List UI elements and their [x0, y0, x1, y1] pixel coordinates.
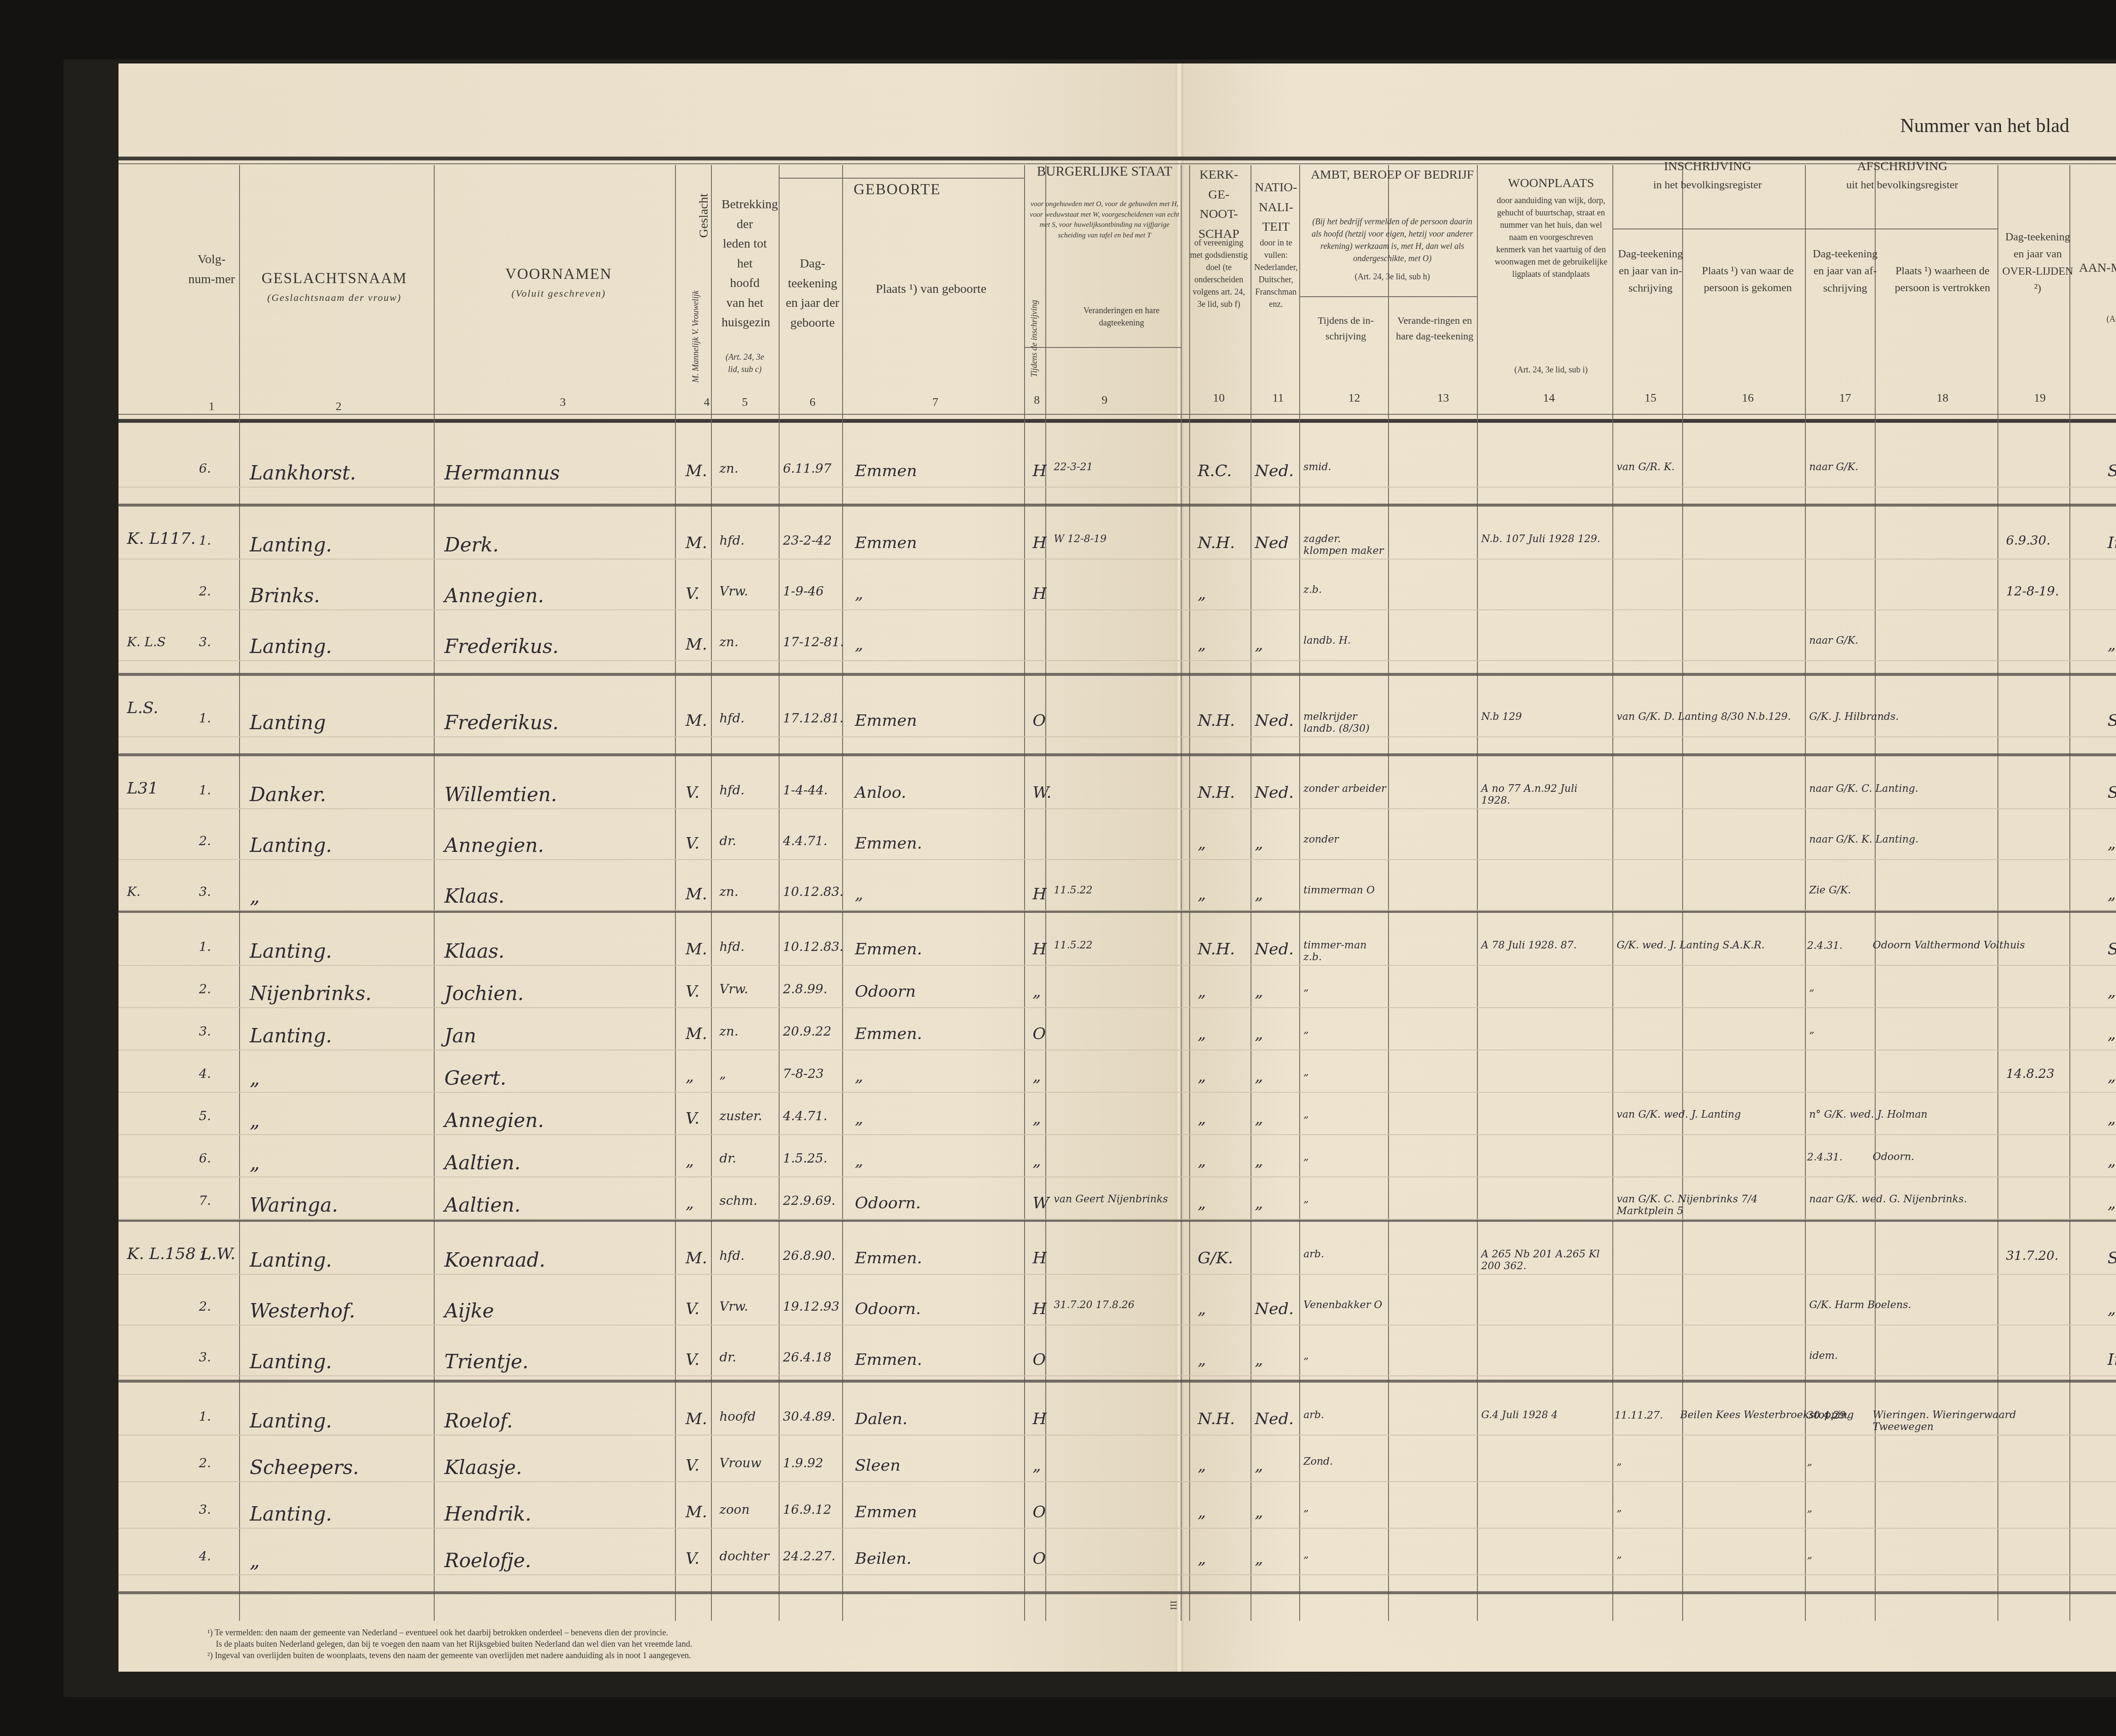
ruled-line	[118, 1092, 2116, 1093]
cell-nr: 2.	[199, 1456, 211, 1471]
cell-surname: Scheepers.	[250, 1456, 359, 1479]
cell-church: N.H.	[1198, 533, 1235, 552]
cell-in-from: van G/K. D. Lanting 8/30 N.b.129.	[1617, 711, 1803, 723]
cell-surname: Lanting.	[250, 1350, 332, 1373]
cell-sex: M.	[686, 461, 707, 480]
cell-rel: hfd.	[719, 533, 744, 548]
geboorte-group-header: GEBOORTE	[783, 178, 1011, 201]
col-num-15: 15	[1638, 391, 1663, 405]
cell-residence: N.b 129	[1481, 711, 1604, 723]
cell-out-date: „	[1807, 1502, 1812, 1514]
cell-sex: V.	[686, 1109, 700, 1127]
cell-nr: 7.	[199, 1193, 211, 1208]
cell-out-to: naar G/K.	[1809, 635, 1995, 647]
cell-surname: „	[250, 1151, 260, 1174]
cell-given: Aijke	[444, 1299, 494, 1322]
cell-notes: „	[2108, 1024, 2116, 1043]
ruled-line	[118, 660, 2116, 661]
cell-out-to: G/K. J. Hilbrands.	[1809, 711, 1995, 723]
cell-place: „	[855, 1109, 863, 1127]
col2-header: GESLACHTSNAAM (Geslachtsnaam der vrouw)	[241, 267, 427, 306]
col3-title: VOORNAMEN	[440, 262, 677, 286]
cell-civil: O	[1033, 1549, 1046, 1568]
cell-nat: „	[1255, 1024, 1263, 1043]
cell-in-from: G/K. wed. J. Lanting S.A.K.R.	[1617, 940, 1803, 951]
cell-notes: „	[2108, 885, 2116, 903]
cell-born: 1-9-46	[783, 584, 824, 599]
cell-notes: „	[2108, 1151, 2116, 1170]
cell-occ: smid.	[1303, 461, 1388, 473]
inschrijving-subtitle: in het bevolkingsregister	[1612, 176, 1803, 193]
cell-sex: V.	[686, 584, 700, 603]
col-num-17: 17	[1832, 391, 1858, 405]
cell-notes: Sec.	[2108, 1248, 2116, 1267]
cell-rel: dr.	[719, 1350, 736, 1365]
cell-residence: N.b. 107 Juli 1928 129.	[1481, 533, 1604, 545]
cell-died: 12-8-19.	[2006, 584, 2059, 599]
afschrijving-title: AFSCHRIJVING	[1807, 157, 1998, 176]
cell-nat: Ned.	[1255, 1299, 1294, 1318]
cell-occ: zonder	[1303, 834, 1388, 846]
cell-surname: Nijenbrinks.	[250, 982, 372, 1005]
cell-nat: „	[1255, 635, 1263, 653]
cell-born: 2.8.99.	[783, 982, 827, 997]
cell-civil: H	[1033, 1248, 1047, 1267]
cell-surname: Lanting.	[250, 635, 332, 658]
cell-notes: „	[2108, 1109, 2116, 1127]
cell-rel: zn.	[719, 461, 738, 476]
cell-given: Jochien.	[444, 982, 524, 1005]
cell-church: N.H.	[1198, 940, 1235, 958]
col14-art-ref: (Art. 24, 3e lid, sub i)	[1494, 364, 1608, 376]
cell-born: 30.4.89.	[783, 1409, 835, 1424]
cell-church: „	[1198, 1549, 1206, 1568]
col8-header: Tijdens de inschrijving	[1028, 296, 1050, 381]
cell-civil: „	[1033, 1456, 1041, 1474]
household-separator	[118, 673, 2116, 676]
cell-out-date: „	[1807, 1549, 1812, 1561]
cell-born: 17.12.81.	[783, 711, 843, 726]
cell-notes: „	[2108, 834, 2116, 852]
col-num-19: 19	[2027, 391, 2053, 405]
cell-rel: dr.	[719, 834, 736, 849]
afschrijving-group-header: AFSCHRIJVING uit het bevolkingsregister	[1807, 157, 1998, 193]
cell-place: Odoorn.	[855, 1193, 921, 1212]
cell-nr: 3.	[199, 885, 211, 899]
col19-header: Dag-teekening en jaar van OVER-LIJDEN ²)	[2002, 229, 2074, 297]
cell-nr: 1.	[199, 940, 211, 954]
cell-occ: „	[1303, 982, 1388, 994]
afschrijving-sub-rule	[1805, 229, 1998, 229]
cell-rel: dr.	[719, 1151, 736, 1166]
cell-civil: O	[1033, 1350, 1046, 1369]
header-bottom-thin-rule	[118, 414, 2116, 415]
afschrijving-subtitle: uit het bevolkingsregister	[1807, 176, 1998, 193]
cell-civil: O	[1033, 711, 1046, 730]
col3-subtitle: (Voluit geschreven)	[440, 286, 677, 302]
col-num-14: 14	[1536, 391, 1562, 405]
cell-civil-change: van Geert Nijenbrinks	[1054, 1193, 1176, 1205]
cell-born: 26.4.18	[783, 1350, 832, 1365]
col4-subtitle: M. Mannelijk V. Vrouwelijk	[690, 271, 715, 402]
cell-notes: „	[2108, 1299, 2116, 1318]
col14-subtitle: door aanduiding van wijk, dorp, gehucht …	[1494, 195, 1608, 281]
col2-subtitle: (Geslachtsnaam der vrouw)	[241, 290, 427, 306]
cell-sex: M.	[686, 1248, 707, 1267]
cell-sex: M.	[686, 1502, 707, 1521]
cell-place: Emmen	[855, 461, 917, 480]
cell-rel: Vrouw	[719, 1456, 761, 1471]
col11-header: NATIO-NALI-TEIT	[1253, 178, 1299, 237]
ambt-group-header: AMBT, BEROEP OF BEDRIJF	[1303, 165, 1481, 185]
cell-rel: hoofd	[719, 1409, 756, 1424]
ruled-line	[118, 487, 2116, 488]
cell-given: Klaas.	[444, 885, 504, 907]
cell-out-to: Wieringen. Wieringerwaard Tweewegen	[1873, 1409, 2059, 1433]
cell-surname: Lanting.	[250, 1248, 332, 1271]
col6-header: Dag-teekening en jaar der geboorte	[783, 254, 842, 333]
cell-rel: „	[719, 1066, 726, 1081]
household-separator	[118, 753, 2116, 756]
cell-out-to: Zie G/K.	[1809, 885, 1995, 896]
cell-nat: „	[1255, 885, 1263, 903]
cell-sex: V.	[686, 834, 700, 852]
cell-notes: Sec.	[2108, 711, 2116, 730]
cell-church: N.H.	[1198, 711, 1235, 730]
cell-civil: H	[1033, 1299, 1047, 1318]
column-divider	[779, 165, 780, 1621]
cell-nr: 1.	[199, 1409, 211, 1424]
col18-header: Plaats ¹) waarheen de persoon is vertrok…	[1887, 262, 1998, 297]
cell-notes: „	[2108, 1066, 2116, 1085]
cell-born: 24.2.27.	[783, 1549, 835, 1564]
cell-surname: Lanting.	[250, 533, 332, 556]
cell-in-from: van G/K. wed. J. Lanting	[1617, 1109, 1803, 1121]
cell-sex: M.	[686, 711, 707, 730]
cell-nat: „	[1255, 982, 1263, 1000]
cell-residence: A no 77 A.n.92 Juli 1928.	[1481, 783, 1604, 806]
cell-place: Emmen.	[855, 834, 922, 852]
cell-church: „	[1198, 982, 1206, 1000]
ambt-art-ref: (Art. 24, 3e lid, sub h)	[1310, 271, 1475, 283]
cell-out-to: „	[1809, 982, 1995, 994]
cell-occ: Venenbakker O	[1303, 1299, 1388, 1311]
column-divider	[1189, 165, 1190, 1621]
cell-occ: Zond.	[1303, 1456, 1388, 1468]
cell-church: G/K.	[1198, 1248, 1233, 1267]
cell-occ: „	[1303, 1350, 1388, 1362]
cell-place: „	[855, 1066, 863, 1085]
cell-civil: O	[1033, 1024, 1046, 1043]
ruled-line	[118, 965, 2116, 966]
row-margin-note: K. L.S	[127, 635, 166, 650]
cell-church: „	[1198, 1066, 1206, 1085]
cell-nat: „	[1255, 1502, 1263, 1521]
col-num-2: 2	[326, 400, 351, 413]
cell-place: Emmen	[855, 1502, 917, 1521]
cell-born: 1.5.25.	[783, 1151, 827, 1166]
cell-out-date: 2.4.31.	[1807, 940, 1843, 951]
cell-church: „	[1198, 1350, 1206, 1369]
cell-in-from: van G/K. C. Nijenbrinks 7/4 Marktplein 5	[1617, 1193, 1803, 1217]
cell-sex: V.	[686, 1350, 700, 1369]
col-num-18: 18	[1930, 391, 1955, 405]
cell-nr: 4.	[199, 1549, 211, 1564]
cell-nat: „	[1255, 1549, 1263, 1568]
household-margin-note: K. L.158 L.W.	[127, 1244, 235, 1263]
cell-born: 6.11.97	[783, 461, 832, 476]
cell-out-to: G/K. Harm Boelens.	[1809, 1299, 1995, 1311]
col9-header: Veranderingen en hare dagteekening	[1062, 305, 1181, 329]
footnote-1: ¹) Te vermelden: den naam der gemeente v…	[207, 1627, 692, 1639]
cell-surname: „	[250, 1109, 260, 1132]
ruled-line	[118, 808, 2116, 809]
col3-header: VOORNAMEN (Voluit geschreven)	[440, 262, 677, 302]
cell-place: „	[855, 1151, 863, 1170]
cell-given: Annegien.	[444, 584, 544, 607]
cell-nat: „	[1255, 1193, 1263, 1212]
sheet-number-label: Nummer van het blad	[1900, 114, 2069, 137]
cell-nat: Ned.	[1255, 461, 1294, 480]
cell-church: „	[1198, 1299, 1206, 1318]
col7-header: Plaats ¹) van geboorte	[851, 279, 1011, 299]
cell-out-to: idem.	[1809, 1350, 1995, 1362]
cell-occ: timmerman O	[1303, 885, 1388, 896]
cell-nat: Ned	[1255, 533, 1289, 552]
cell-given: Hendrik.	[444, 1502, 532, 1525]
cell-place: Emmen	[855, 711, 917, 730]
cell-church: „	[1198, 584, 1206, 603]
cell-born: 4.4.71.	[783, 834, 827, 849]
cell-nat: „	[1255, 1456, 1263, 1474]
cell-born: 20.9.22	[783, 1024, 832, 1039]
ruled-line	[118, 859, 2116, 860]
cell-place: Beilen.	[855, 1549, 912, 1568]
col2-title: GESLACHTSNAAM	[241, 267, 427, 290]
cell-nr: 3.	[199, 1350, 211, 1365]
cell-nat: „	[1255, 1109, 1263, 1127]
household-margin-note: L31	[127, 779, 158, 797]
row-margin-note: K.	[127, 885, 141, 899]
cell-surname: Lanting	[250, 711, 326, 734]
cell-civil: W	[1033, 1193, 1049, 1212]
cell-sex: V.	[686, 783, 700, 802]
cell-born: 10.12.83.	[783, 885, 843, 899]
cell-sex: „	[686, 1066, 694, 1085]
burgerlijke-staat-header: BURGERLIJKE STAAT	[1024, 161, 1185, 182]
ruled-line	[118, 1574, 2116, 1575]
cell-civil: H	[1033, 533, 1047, 552]
cell-notes: „	[2108, 982, 2116, 1000]
column-divider	[1612, 165, 1613, 1621]
cell-out-to: naar G/K.	[1809, 461, 1995, 473]
cell-nr: 1.	[199, 783, 211, 798]
cell-rel: zoon	[719, 1502, 749, 1517]
cell-born: 16.9.12	[783, 1502, 832, 1517]
ruled-line	[118, 1177, 2116, 1177]
column-divider	[1388, 165, 1389, 1621]
cell-occ: „	[1303, 1109, 1388, 1121]
column-divider	[1805, 165, 1806, 1621]
cell-nr: 3.	[199, 1024, 211, 1039]
col-num-5: 5	[732, 396, 758, 409]
cell-civil-change: 11.5.22	[1054, 885, 1176, 896]
cell-given: Jan	[444, 1024, 477, 1047]
col-num-12: 12	[1342, 391, 1367, 405]
burgerlijke-staat-legend: voor ongehuwden met O, voor de gehuwden …	[1026, 199, 1183, 241]
cell-out-date: 2.4.31.	[1807, 1151, 1843, 1163]
cell-civil: H	[1033, 940, 1047, 958]
cell-notes: Sec.	[2108, 461, 2116, 480]
cell-civil: „	[1033, 1066, 1041, 1085]
cell-nr: 1.	[199, 711, 211, 726]
cell-given: Trientje.	[444, 1350, 529, 1373]
cell-notes: Sec.	[2108, 783, 2116, 802]
cell-nr: 5.	[199, 1109, 211, 1124]
cell-civil: „	[1033, 1151, 1041, 1170]
cell-civil: H	[1033, 885, 1047, 903]
cell-sex: V.	[686, 1299, 700, 1318]
cell-out-to: naar G/K. wed. G. Nijenbrinks.	[1809, 1193, 1995, 1205]
cell-given: Annegien.	[444, 834, 544, 857]
cell-given: Frederikus.	[444, 711, 559, 734]
footnotes: ¹) Te vermelden: den naam der gemeente v…	[207, 1627, 692, 1662]
cell-surname: Lanting.	[250, 1409, 332, 1432]
cell-surname: „	[250, 885, 260, 907]
ruled-line	[118, 609, 2116, 610]
page-marker: III	[1168, 1601, 1179, 1610]
cell-place: Dalen.	[855, 1409, 907, 1428]
cell-born: 4.4.71.	[783, 1109, 827, 1124]
cell-notes: Sec.	[2108, 940, 2116, 958]
cell-place: Anloo.	[855, 783, 906, 802]
col-num-6: 6	[800, 396, 825, 409]
household-separator	[118, 1380, 2116, 1383]
cell-residence: A 78 Juli 1928. 87.	[1481, 940, 1604, 951]
col20-header: AAN-MERKINGEN	[2078, 258, 2116, 278]
cell-occ: landb. H.	[1303, 635, 1388, 647]
ruled-line	[118, 1274, 2116, 1275]
cell-surname: Waringa.	[250, 1193, 338, 1216]
column-divider	[1477, 165, 1478, 1621]
col15-header: Dag-teekening en jaar van in-schrijving	[1612, 245, 1689, 297]
cell-sex: V.	[686, 1456, 700, 1474]
cell-place: Odoorn	[855, 982, 916, 1000]
cell-born: 22.9.69.	[783, 1193, 835, 1208]
cell-surname: „	[250, 1066, 260, 1089]
cell-given: Frederikus.	[444, 635, 559, 658]
cell-born: 7-8-23	[783, 1066, 824, 1081]
cell-given: Klaas.	[444, 940, 504, 962]
col20-subtitle: (Art. 24, 5e lid)	[2078, 313, 2116, 325]
cell-notes: „	[2108, 1193, 2116, 1212]
cell-nat: Ned.	[1255, 940, 1294, 958]
cell-civil: H	[1033, 1409, 1047, 1428]
cell-rel: hfd.	[719, 940, 744, 954]
col1-header: Volg-num-mer	[186, 250, 237, 289]
cell-given: Aaltien.	[444, 1151, 521, 1174]
cell-sex: „	[686, 1151, 694, 1170]
cell-place: „	[855, 885, 863, 903]
cell-nr: 1.	[199, 533, 211, 548]
cell-surname: „	[250, 1549, 260, 1572]
cell-nat: Ned.	[1255, 783, 1294, 802]
cell-civil: H	[1033, 461, 1047, 480]
cell-occ: arb.	[1303, 1248, 1388, 1260]
cell-church: „	[1198, 1456, 1206, 1474]
cell-nr: 6.	[199, 1151, 211, 1166]
cell-civil: „	[1033, 982, 1041, 1000]
footnote-1b: Is de plaats buiten Nederland gelegen, d…	[207, 1639, 692, 1650]
cell-nr: 6.	[199, 461, 211, 476]
household-separator	[118, 504, 2116, 507]
cell-sex: V.	[686, 1549, 700, 1568]
cell-sex: M.	[686, 1409, 707, 1428]
footnote-2: ²) Ingeval van overlijden buiten de woon…	[207, 1650, 692, 1662]
cell-nr: 3.	[199, 1502, 211, 1517]
col-num-7: 7	[923, 396, 948, 409]
col-num-1: 1	[199, 400, 224, 413]
column-divider	[239, 165, 240, 1621]
col16-header: Plaats ¹) van waar de persoon is gekomen	[1693, 262, 1803, 297]
inschrijving-group-header: INSCHRIJVING in het bevolkingsregister	[1612, 157, 1803, 193]
cell-church: „	[1198, 1109, 1206, 1127]
cell-nr: 3.	[199, 635, 211, 650]
cell-surname: Lanting.	[250, 1502, 332, 1525]
cell-occ: z.b.	[1303, 584, 1388, 596]
column-divider	[1299, 165, 1300, 1621]
cell-nat: Ned.	[1255, 1409, 1294, 1428]
cell-residence: A 265 Nb 201 A.265 Kl 200 362.	[1481, 1248, 1604, 1272]
cell-nat: „	[1255, 1151, 1263, 1170]
inschrijving-sub-rule	[1612, 229, 1805, 229]
cell-out-to: „	[1809, 1024, 1995, 1036]
cell-church: „	[1198, 885, 1206, 903]
cell-church: „	[1198, 1502, 1206, 1521]
cell-rel: hfd.	[719, 711, 744, 726]
cell-nr: 2.	[199, 982, 211, 997]
col-num-11: 11	[1265, 391, 1291, 405]
ruled-line	[118, 1375, 2116, 1376]
cell-church: „	[1198, 1193, 1206, 1212]
cell-civil-change: 22-3-21	[1054, 461, 1176, 473]
cell-in-from: „	[1617, 1549, 1803, 1561]
col14-header: WOONPLAATS	[1494, 174, 1608, 193]
cell-rel: schm.	[719, 1193, 758, 1208]
cell-out-date: 30.4.29.	[1807, 1409, 1849, 1421]
cell-civil-change: W 12-8-19	[1054, 533, 1176, 545]
cell-rel: Vrw.	[719, 982, 748, 997]
col-num-10: 10	[1206, 391, 1232, 405]
ruled-line	[118, 910, 2116, 911]
cell-out-to: Odoorn.	[1873, 1151, 2059, 1163]
cell-place: „	[855, 635, 863, 653]
cell-nat: „	[1255, 834, 1263, 852]
cell-in-from: „	[1617, 1456, 1803, 1468]
col-num-4: 4	[694, 396, 719, 409]
cell-given: Willemtien.	[444, 783, 557, 806]
col-num-8: 8	[1024, 394, 1050, 407]
column-divider	[1998, 165, 1998, 1621]
cell-born: 1-4-44.	[783, 783, 828, 798]
col5-header: Betrekking der leden tot het hoofd van h…	[722, 195, 768, 333]
cell-nr: 1.	[199, 1248, 211, 1263]
cell-out-to: Odoorn Valthermond Volthuis	[1873, 940, 2059, 951]
ruled-line	[118, 1219, 2116, 1220]
cell-sex: M.	[686, 1024, 707, 1043]
cell-given: Annegien.	[444, 1109, 544, 1132]
cell-rel: zn.	[719, 1024, 738, 1039]
